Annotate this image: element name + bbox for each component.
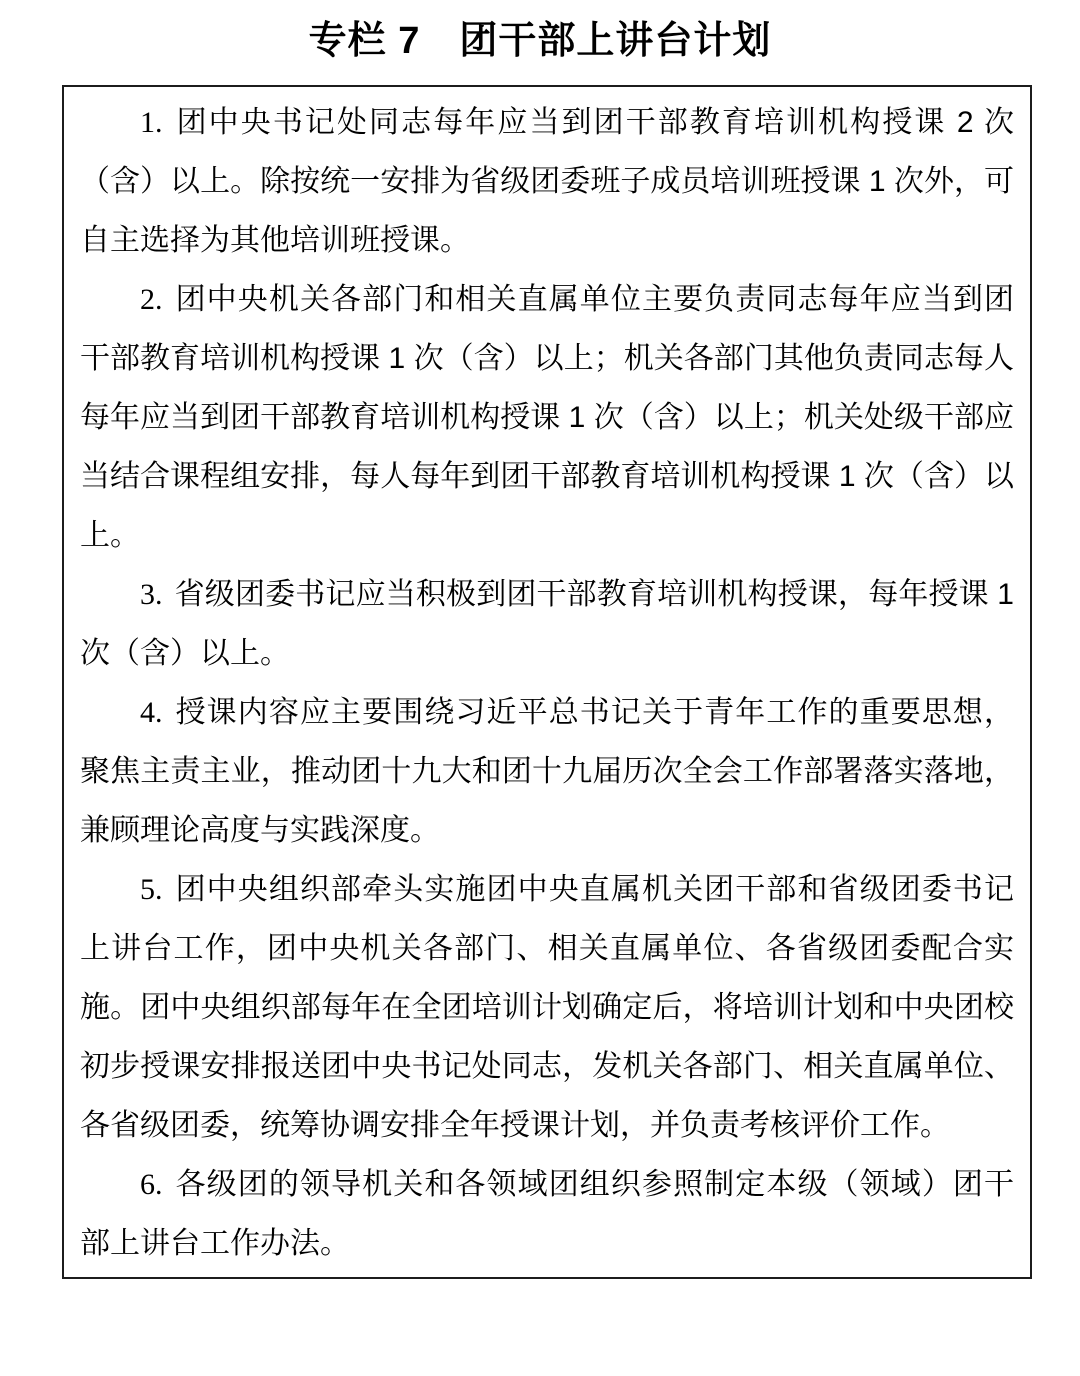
page-title: 专栏 7 团干部上讲台计划 xyxy=(0,14,1080,68)
paragraph-3: 3.省级团委书记应当积极到团干部教育培训机构授课，每年授课 1 次（含）以上。 xyxy=(80,565,1014,683)
paragraph-3-number: 3. xyxy=(140,578,163,611)
paragraph-4-text: 授课内容应主要围绕习近平总书记关于青年工作的重要思想，聚焦主责主业，推动团十九大… xyxy=(80,696,1014,847)
document-page: 专栏 7 团干部上讲台计划 1.团中央书记处同志每年应当到团干部教育培训机构授课… xyxy=(0,14,1080,1279)
paragraph-4-number: 4. xyxy=(140,696,163,729)
paragraph-5-number: 5. xyxy=(140,873,163,906)
paragraph-1: 1.团中央书记处同志每年应当到团干部教育培训机构授课 2 次（含）以上。除按统一… xyxy=(80,93,1014,270)
paragraph-6: 6.各级团的领导机关和各领域团组织参照制定本级（领域）团干部上讲台工作办法。 xyxy=(80,1155,1014,1273)
paragraph-4: 4.授课内容应主要围绕习近平总书记关于青年工作的重要思想，聚焦主责主业，推动团十… xyxy=(80,683,1014,860)
paragraph-2-number: 2. xyxy=(140,283,163,316)
paragraph-1-number: 1. xyxy=(140,106,163,139)
paragraph-6-number: 6. xyxy=(140,1168,163,1201)
paragraph-1-text: 团中央书记处同志每年应当到团干部教育培训机构授课 2 次（含）以上。除按统一安排… xyxy=(80,106,1014,257)
paragraph-6-text: 各级团的领导机关和各领域团组织参照制定本级（领域）团干部上讲台工作办法。 xyxy=(80,1168,1014,1260)
paragraph-5: 5.团中央组织部牵头实施团中央直属机关团干部和省级团委书记上讲台工作，团中央机关… xyxy=(80,860,1014,1155)
paragraph-2: 2.团中央机关各部门和相关直属单位主要负责同志每年应当到团干部教育培训机构授课 … xyxy=(80,270,1014,565)
paragraph-5-text: 团中央组织部牵头实施团中央直属机关团干部和省级团委书记上讲台工作，团中央机关各部… xyxy=(80,873,1014,1142)
paragraph-3-text: 省级团委书记应当积极到团干部教育培训机构授课，每年授课 1 次（含）以上。 xyxy=(80,578,1014,670)
paragraph-2-text: 团中央机关各部门和相关直属单位主要负责同志每年应当到团干部教育培训机构授课 1 … xyxy=(80,283,1014,552)
content-box: 1.团中央书记处同志每年应当到团干部教育培训机构授课 2 次（含）以上。除按统一… xyxy=(62,85,1032,1279)
